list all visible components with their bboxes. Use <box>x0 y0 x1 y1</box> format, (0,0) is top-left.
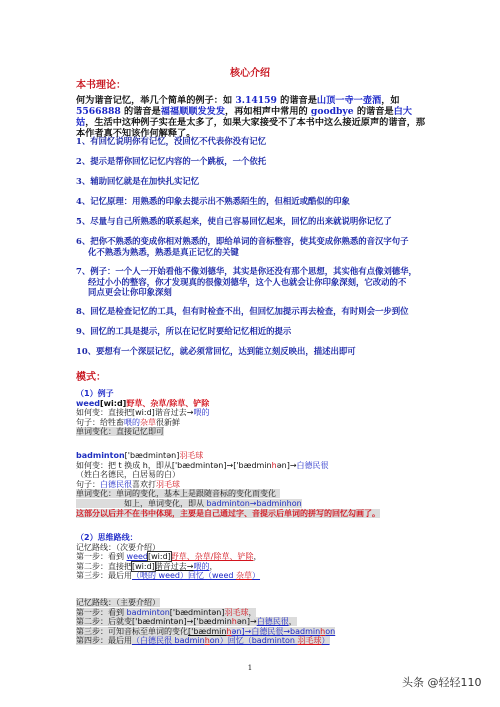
badminton-sentence: 句子：白德民很喜欢打羽毛球 <box>76 480 380 490</box>
mode-heading: 模式： <box>76 368 106 383</box>
route1-step1: 第一步：看到 weed[wi:d]野草、杂草/除草、铲除， <box>76 552 262 562</box>
point-7: 7、例子：一个人一开始看他不像刘德华，其实是你还没有那个思想，其实他有点像刘德华… <box>76 266 432 298</box>
watermark: 头条 @轻轻110 <box>402 674 482 690</box>
route2-heading: 记忆路线：（主要介绍） <box>76 598 160 607</box>
point-6: 6、把你不熟悉的变成你相对熟悉的，即给单词的音标整容，使其变成你熟悉的音汉字句子… <box>76 236 432 257</box>
point-4: 4、记忆原理：用熟悉的印象去提示出不熟悉陌生的，但相近或酷似的印象 <box>76 196 432 207</box>
example-weed: （1）例子 weed[wi:d]野草、杂草/除草、铲除 如何变：直接把[wi:d… <box>76 389 209 437</box>
page-number: 1 <box>0 664 500 672</box>
route2-step3: 第三步：可知音标至单词的变化['bædminhən]→白德民很→badminho… <box>76 627 335 636</box>
route2-step2: 第二步：后就变['bædmintən]→['bædminhən]→白德民很， <box>76 617 297 626</box>
page-title: 核心介绍 <box>0 64 500 79</box>
badminton-how: 如何变：把 t 换成 h，即从['bædmintən]→['bædminhən]… <box>76 461 380 471</box>
route-primary: 记忆路线：（主要介绍） 第一步：看到 badminton['bædmintən]… <box>76 598 335 646</box>
point-2: 2、提示是帮你回忆记忆内容的一个跳板，一个依托 <box>76 156 432 167</box>
badminton-change-1: 单词变化：单词的变化，基本上是跟随音标的变化而变化 <box>76 489 280 498</box>
route1-heading: 记忆路线：（次要介绍） <box>76 543 262 553</box>
point-10: 10、要想有一个深层记忆，就必须常回忆，达到能立刻反映出，描述出即可 <box>76 346 432 357</box>
weed-sentence: 句子：给牲畜喂的杂草很新鲜 <box>76 418 209 428</box>
route2-step4: 第四步：最后用（白德民很 badminhon）回忆（badminton 羽毛球） <box>76 636 330 645</box>
example-1-label: （1）例子 <box>76 389 209 399</box>
badminton-note: （姓白名德民，白居易的白） <box>76 470 380 480</box>
weed-change: 单词变化：直接记忆即可 <box>76 427 164 436</box>
example-badminton: badminton['bædmintən]羽毛球 如何变：把 t 换成 h，即从… <box>76 451 380 518</box>
theory-heading: 本书理论： <box>76 76 126 91</box>
point-3: 3、辅助回忆就是在加快扎实记忆 <box>76 176 432 187</box>
point-9: 9、回忆的工具是提示，所以在记忆时要给记忆相近的提示 <box>76 326 432 337</box>
intro-paragraph: 何为谐音记忆，举几个简单的例子：如 3.14159 的谐音是山顶一寺一壶酒，如 … <box>76 95 426 139</box>
route-secondary: （2）思维路线： 记忆路线：（次要介绍） 第一步：看到 weed[wi:d]野草… <box>76 533 262 581</box>
route2-step1: 第一步：看到 badminton['bædmintən]羽毛球， <box>76 608 256 617</box>
weed-how: 如何变：直接把[wi:d]谐音过去→喂的 <box>76 408 209 418</box>
badminton-line: badminton['bædmintən]羽毛球 <box>76 451 380 461</box>
badminton-warning: 这部分以后并不在书中体现，主要是自己通过字、音提示后单词的拼写的回忆勾画了。 <box>76 509 380 518</box>
route1-step2: 第二步：直接把[wi:d]谐音过去→喂的， <box>76 562 262 572</box>
point-8: 8、回忆是检查记忆的工具，但有时检查不出，但回忆加提示再去检查，有时则会一步到位 <box>76 306 432 317</box>
weed-line: weed[wi:d]野草、杂草/除草、铲除 <box>76 399 209 409</box>
route1-step3: 第三步：最后用（喂的 weed）回忆（weed 杂草） <box>76 571 262 581</box>
point-5: 5、尽量与自己所熟悉的联系起来，使自己容易回忆起来，回忆的出来就说明你记忆了 <box>76 216 432 227</box>
document-page: 核心介绍 本书理论： 何为谐音记忆，举几个简单的例子：如 3.14159 的谐音… <box>0 0 500 707</box>
point-1: 1、有回忆说明你有记忆，没回忆不代表你没有记忆 <box>76 136 432 147</box>
badminton-change-2: 如上，单词变化，即从 badminton→badminhon <box>76 499 302 508</box>
route-label: （2）思维路线： <box>76 533 262 543</box>
